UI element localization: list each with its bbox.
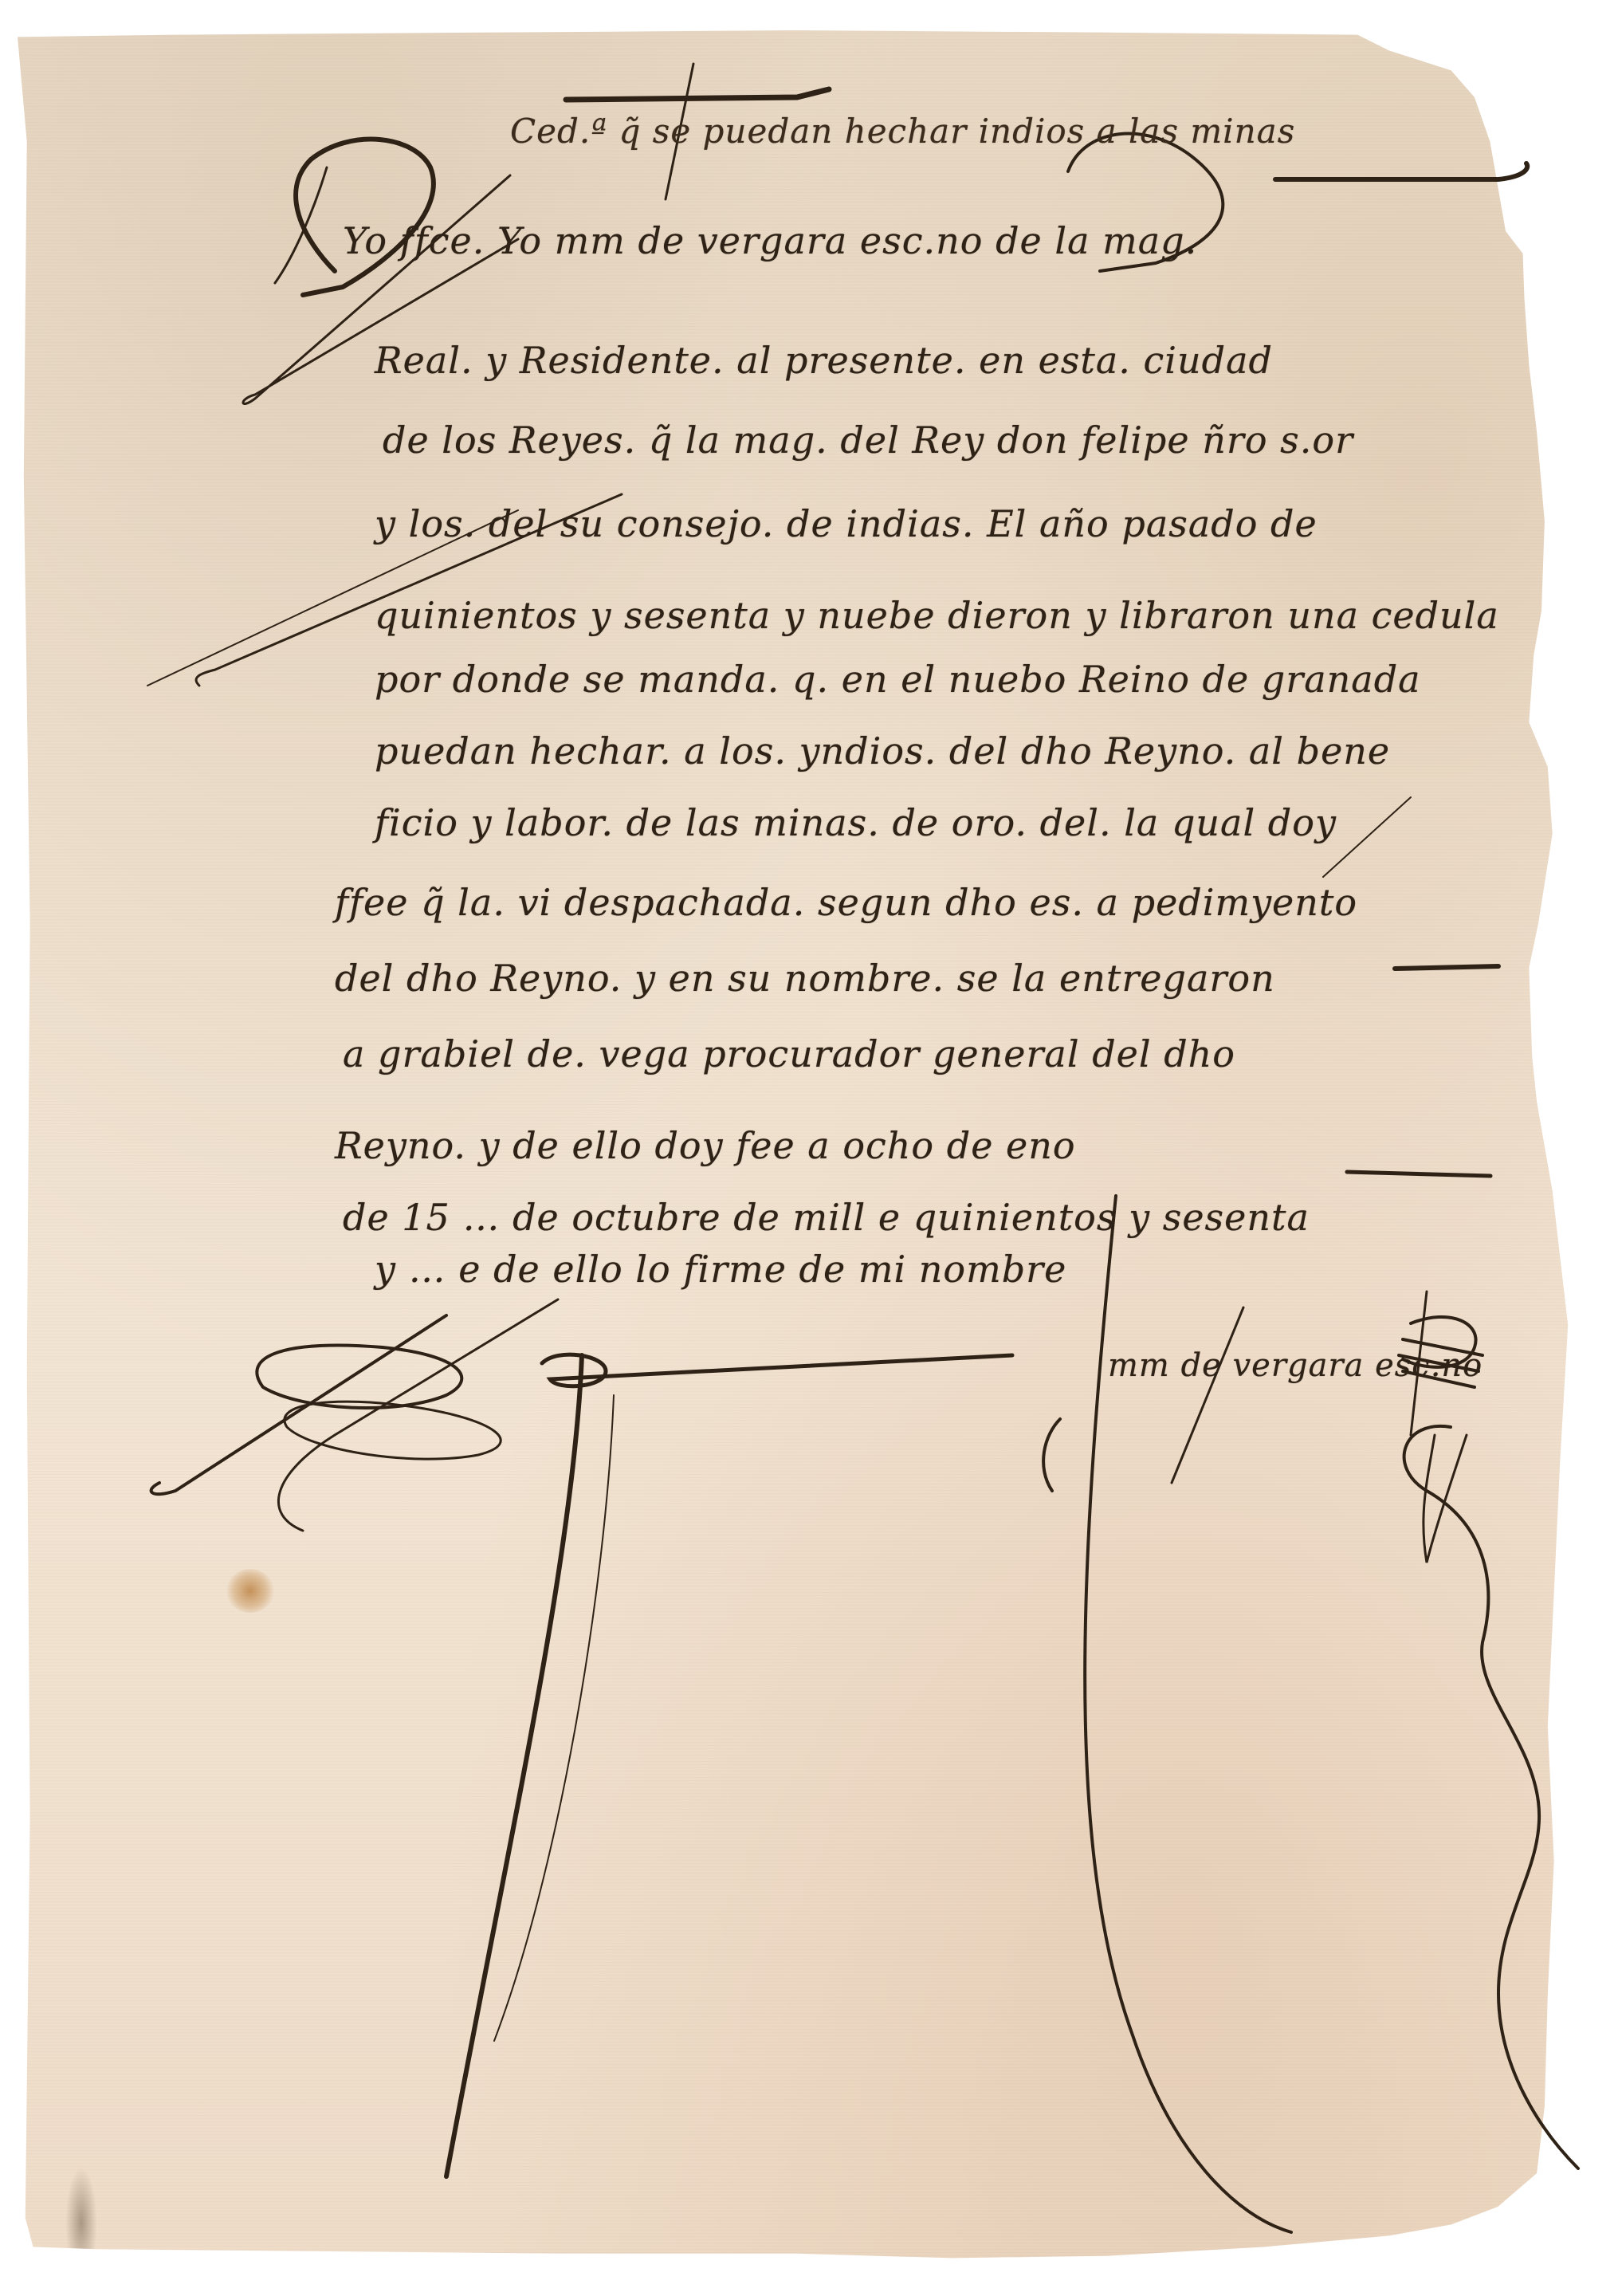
- title-overline: [566, 89, 829, 100]
- body-line-5: quinientos y sesenta y nuebe dieron y li…: [375, 594, 1499, 637]
- body-line-4: y los. del su consejo. de indias. El año…: [375, 502, 1318, 545]
- body-line-7: puedan hechar. a los. yndios. del dho Re…: [375, 729, 1390, 773]
- body-line-12: Reyno. y de ello doy fee a ocho de eno: [335, 1124, 1076, 1167]
- body-line-1: Yo ffce. Yo mm de vergara esc.no de la m…: [343, 219, 1197, 262]
- body-line-3: de los Reyes. q̃ la mag. del Rey don fel…: [383, 419, 1353, 462]
- body-line-11: a grabiel de. vega procurador general de…: [343, 1032, 1235, 1075]
- body-line-2: Real. y Residente. al presente. en esta.…: [375, 339, 1273, 382]
- descender-left: [446, 1355, 582, 2176]
- document-heading: Ced.ª q̃ se puedan hechar indios a las m…: [510, 112, 1295, 151]
- body-line-14: y … e de ello lo firme de mi nombre: [375, 1248, 1066, 1291]
- body-line-9: ffee q̃ la. vi despachada. segun dho es.…: [335, 881, 1357, 924]
- body-line-13: de 15 … de octubre de mill e quinientos …: [343, 1196, 1310, 1239]
- body-line-6: por donde se manda. q. en el nuebo Reino…: [375, 658, 1421, 701]
- notary-signature: mm de vergara esc.no: [1108, 1347, 1483, 1384]
- body-line-8: ficio y labor. de las minas. de oro. del…: [375, 801, 1337, 844]
- initial-d-icon: [296, 140, 434, 295]
- body-line-10: del dho Reyno. y en su nombre. se la ent…: [335, 957, 1275, 1000]
